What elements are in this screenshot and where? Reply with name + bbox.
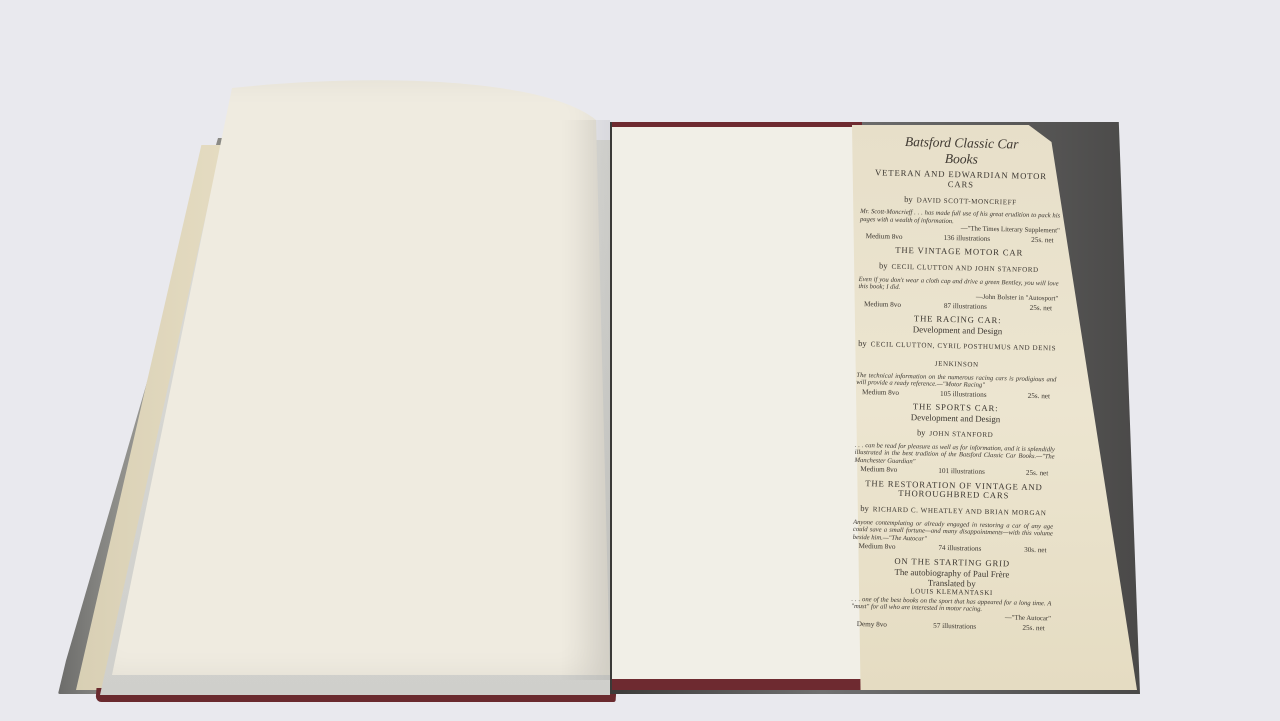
book-author: John Stanford	[929, 430, 993, 439]
book-review: . . . can be read for pleasure as well a…	[854, 441, 1054, 468]
book-entry: Veteran and Edwardian Motor Cars by Davi…	[860, 168, 1062, 245]
book-entry: On the Starting Grid The autobiography o…	[851, 556, 1053, 633]
flap-title: Batsford Classic Car Books	[861, 133, 1062, 169]
book-review: Anyone contemplating or already engaged …	[853, 519, 1053, 546]
left-blank-page	[112, 80, 610, 675]
photo-scene: Batsford Classic Car Books Veteran and E…	[0, 0, 1280, 721]
book-entry: The Restoration of Vintage and Thoroughb…	[852, 478, 1054, 555]
book-author: Cecil Clutton and John Stanford	[891, 263, 1038, 274]
book-entry: The Sports Car: Development and Design b…	[854, 401, 1056, 478]
book-entry: The Vintage Motor Car by Cecil Clutton a…	[858, 245, 1059, 312]
book-author: David Scott-Moncrieff	[917, 196, 1017, 206]
book-author: Cecil Clutton, Cyril Posthumus and Denis…	[871, 340, 1057, 369]
book-author: Richard C. Wheatley and Brian Morgan	[873, 506, 1047, 518]
book-entry: The Racing Car: Development and Design b…	[856, 313, 1058, 401]
flap-text: Batsford Classic Car Books Veteran and E…	[851, 131, 1062, 637]
